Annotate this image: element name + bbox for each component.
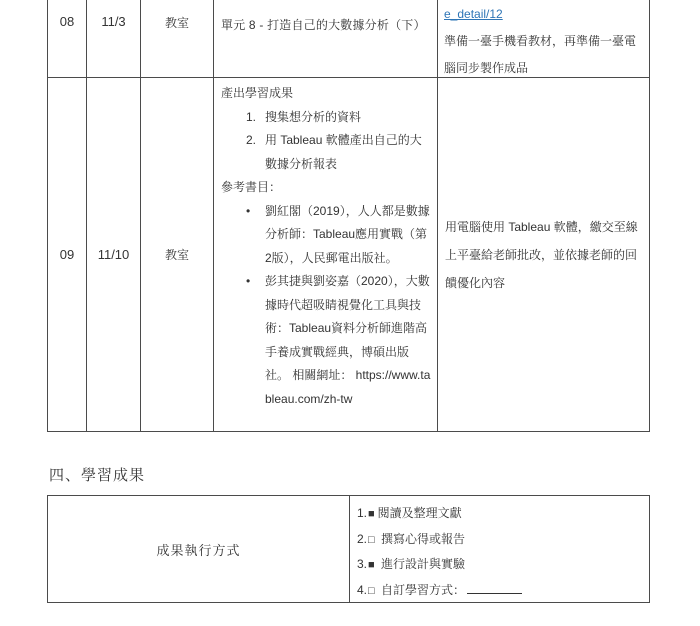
- item-number: 1.: [246, 106, 256, 130]
- session-topic: 單元 8 - 打造自己的大數據分析（下）: [221, 18, 426, 32]
- option-label: 閱讀及整理文獻: [378, 506, 462, 520]
- session-number-cell: 09: [48, 78, 87, 431]
- bullet-icon: •: [246, 270, 250, 294]
- bullet-item: •劉紅閣（2019），人人都是數據分析師：Tableau應用實戰（第2版），人民…: [221, 200, 432, 271]
- outcome-option: 2.□ 撰寫心得或報告: [357, 527, 643, 553]
- option-number: 1.: [357, 506, 367, 520]
- session-location-cell: 教室: [141, 0, 214, 78]
- session-note: 用電腦使用 Tableau 軟體，繳交至線上平臺給老師批改，並依據老師的回饋優化…: [445, 213, 642, 297]
- learning-outcomes-table: 成果執行方式 1.■閱讀及整理文獻2.□ 撰寫心得或報告3.■ 進行設計與實驗4…: [47, 495, 650, 603]
- content-blocks: 產出學習成果1.搜集想分析的資料2.用 Tableau 軟體產出自己的大數據分析…: [221, 82, 432, 411]
- checkbox-empty-icon: □: [368, 585, 375, 597]
- session-topic-cell: 單元 8 - 打造自己的大數據分析（下）: [214, 0, 438, 78]
- outcome-option: 3.■ 進行設計與實驗: [357, 552, 643, 578]
- bullet-list: •劉紅閣（2019），人人都是數據分析師：Tableau應用實戰（第2版），人民…: [221, 200, 432, 412]
- checkbox-filled-icon: ■: [368, 559, 375, 571]
- session-number: 09: [60, 247, 74, 262]
- session-number-cell: 08: [48, 0, 87, 78]
- option-number: 4.: [357, 583, 367, 597]
- content-paragraph: 參考書目：: [221, 176, 432, 200]
- outcome-option: 4.□ 自訂學習方式：: [357, 578, 643, 602]
- item-number: 2.: [246, 129, 256, 153]
- session-output-cell: 產出學習成果1.搜集想分析的資料2.用 Tableau 軟體產出自己的大數據分析…: [214, 78, 438, 431]
- session-note: 準備一臺手機看教材，再準備一臺電腦同步製作成品: [444, 28, 643, 78]
- checkbox-filled-icon: ■: [368, 508, 375, 520]
- option-number: 2.: [357, 532, 367, 546]
- session-notes-cell: 用電腦使用 Tableau 軟體，繳交至線上平臺給老師批改，並依據老師的回饋優化…: [438, 78, 649, 431]
- numbered-item: 2.用 Tableau 軟體產出自己的大數據分析報表: [221, 129, 432, 176]
- course-schedule-table: 08 11/3 教室 單元 8 - 打造自己的大數據分析（下） e_detail…: [47, 0, 650, 432]
- numbered-list: 1.搜集想分析的資料2.用 Tableau 軟體產出自己的大數據分析報表: [221, 106, 432, 177]
- session-date: 11/3: [101, 14, 125, 29]
- bullet-item: •彭其捷與劉姿嘉（2020），大數據時代超吸睛視覺化工具與技術：Tableau資…: [221, 270, 432, 411]
- session-notes-cell: e_detail/12 準備一臺手機看教材，再準備一臺電腦同步製作成品: [438, 0, 649, 78]
- bullet-icon: •: [246, 200, 250, 224]
- outcome-option: 1.■閱讀及整理文獻: [357, 501, 643, 527]
- session-location-cell: 教室: [141, 78, 214, 431]
- outcome-row-label: 成果執行方式: [156, 540, 240, 559]
- session-number: 08: [60, 14, 74, 29]
- session-date-cell: 11/3: [87, 0, 141, 78]
- section-heading: 四、學習成果: [49, 464, 145, 485]
- outcome-row-label-cell: 成果執行方式: [48, 496, 350, 602]
- session-date: 11/10: [98, 247, 130, 262]
- e-detail-link[interactable]: e_detail/12: [444, 1, 503, 28]
- session-date-cell: 11/10: [87, 78, 141, 431]
- numbered-item: 1.搜集想分析的資料: [221, 106, 432, 130]
- session-location: 教室: [165, 14, 189, 31]
- blank-underline: [467, 582, 522, 594]
- checkbox-empty-icon: □: [368, 534, 375, 546]
- option-label: 自訂學習方式：: [378, 583, 465, 597]
- option-label: 進行設計與實驗: [378, 557, 465, 571]
- option-number: 3.: [357, 557, 367, 571]
- outcome-options-cell: 1.■閱讀及整理文獻2.□ 撰寫心得或報告3.■ 進行設計與實驗4.□ 自訂學習…: [350, 496, 649, 602]
- option-label: 撰寫心得或報告: [378, 532, 465, 546]
- session-location: 教室: [165, 246, 189, 263]
- content-paragraph: 產出學習成果: [221, 82, 432, 106]
